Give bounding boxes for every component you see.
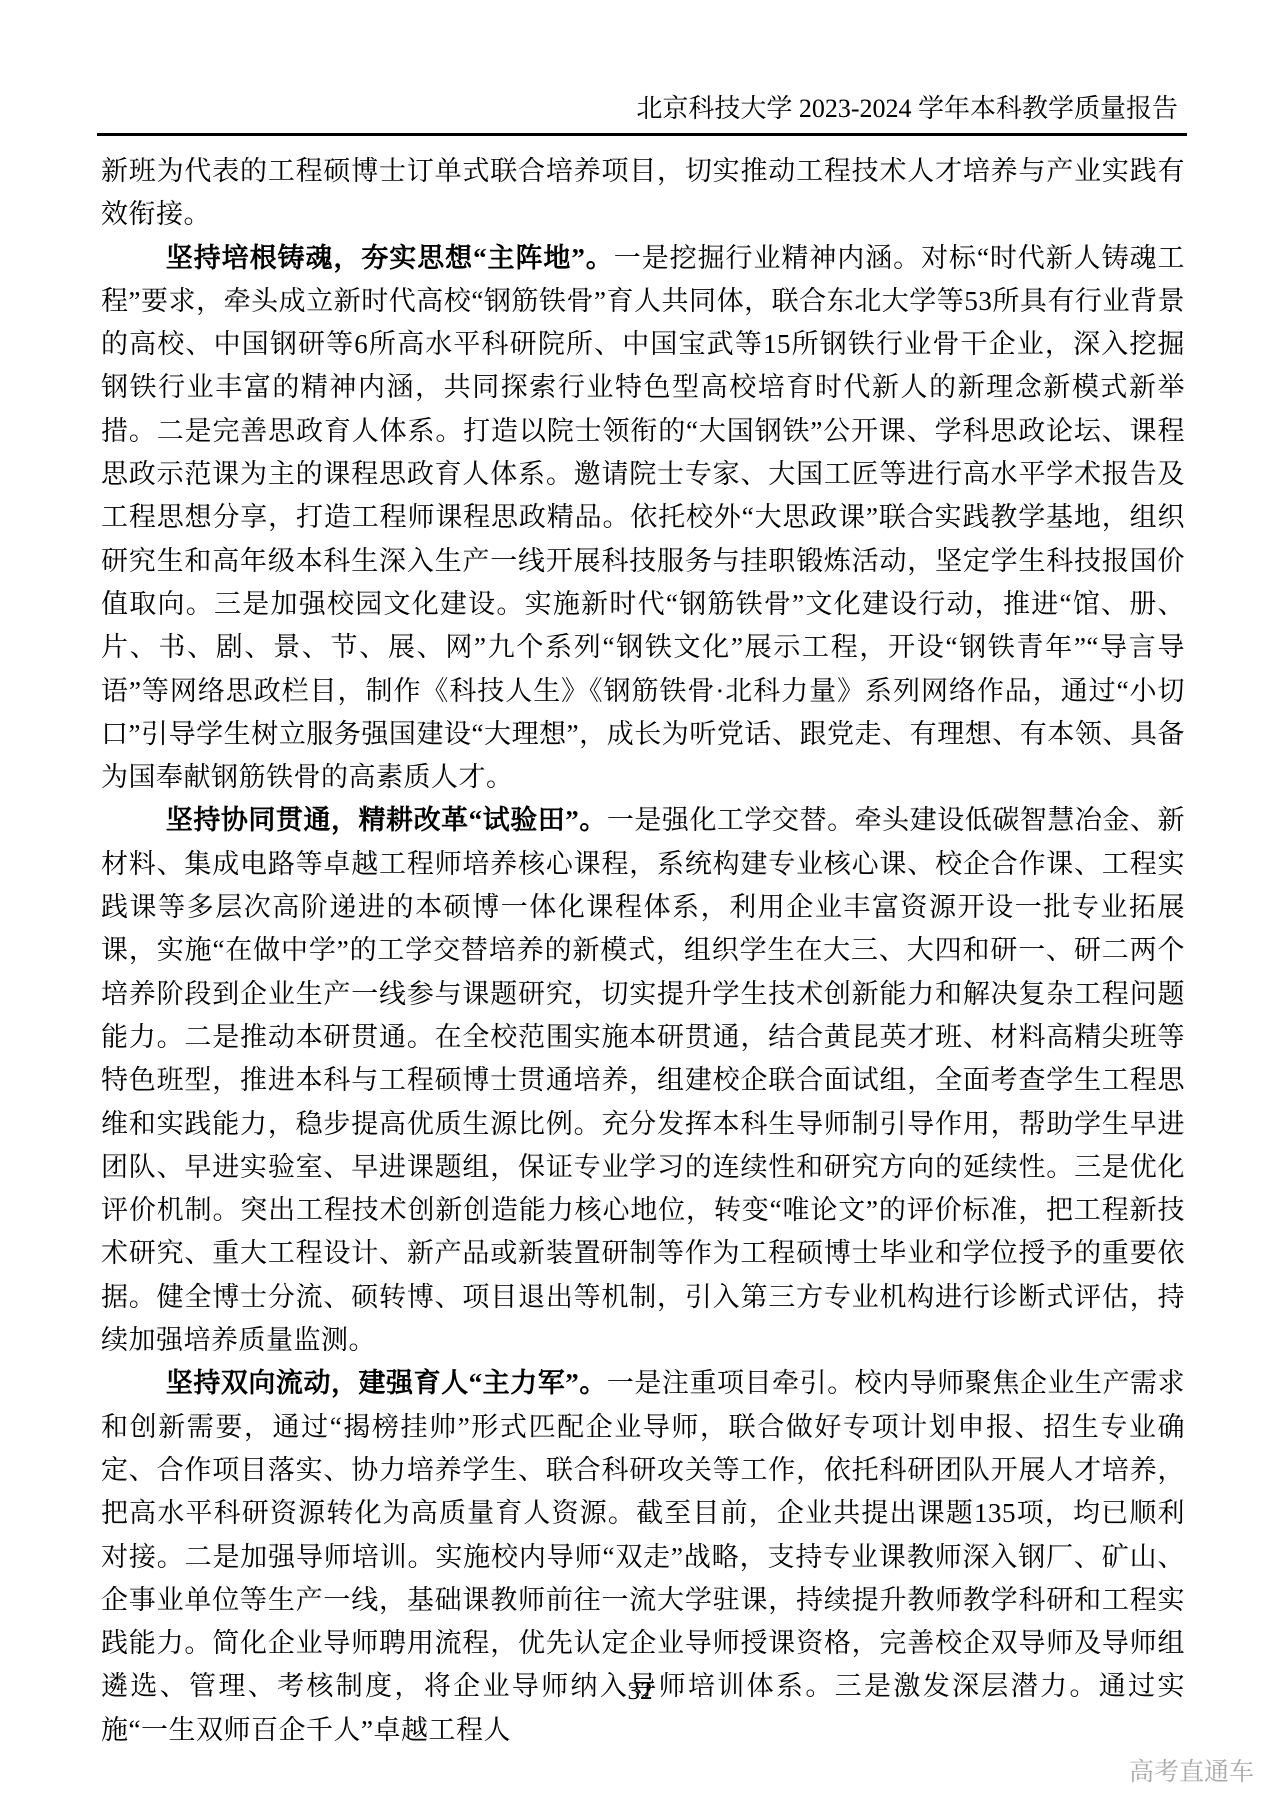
- paragraph-lead: 坚持培根铸魂，夯实思想“主阵地”。: [166, 243, 614, 273]
- paragraph: 新班为代表的工程硕博士订单式联合培养项目，切实推动工程技术人才培养与产业实践有效…: [101, 150, 1185, 237]
- page-header-title: 北京科技大学 2023-2024 学年本科教学质量报告: [100, 94, 1178, 124]
- paragraph-text: 新班为代表的工程硕博士订单式联合培养项目，切实推动工程技术人才培养与产业实践有效…: [101, 156, 1185, 229]
- document-body: 新班为代表的工程硕博士订单式联合培养项目，切实推动工程技术人才培养与产业实践有效…: [101, 150, 1185, 1752]
- header-rule: [97, 133, 1187, 136]
- watermark: 高考直通车: [1129, 1752, 1254, 1788]
- paragraph-text: 一是挖掘行业精神内涵。对标“时代新人铸魂工程”要求，牵头成立新时代高校“钢筋铁骨…: [101, 243, 1185, 793]
- paragraph-lead: 坚持协同贯通，精耕改革“试验田”。: [166, 805, 607, 835]
- page-number: 32: [0, 1678, 1280, 1706]
- paragraph-lead: 坚持双向流动，建强育人“主力军”。: [166, 1368, 607, 1398]
- paragraph-text: 一是强化工学交替。牵头建设低碳智慧冶金、新材料、集成电路等卓越工程师培养核心课程…: [101, 805, 1185, 1355]
- paragraph: 坚持协同贯通，精耕改革“试验田”。一是强化工学交替。牵头建设低碳智慧冶金、新材料…: [101, 799, 1185, 1362]
- document-page: 北京科技大学 2023-2024 学年本科教学质量报告 新班为代表的工程硕博士订…: [0, 0, 1280, 1810]
- paragraph: 坚持培根铸魂，夯实思想“主阵地”。一是挖掘行业精神内涵。对标“时代新人铸魂工程”…: [101, 237, 1185, 800]
